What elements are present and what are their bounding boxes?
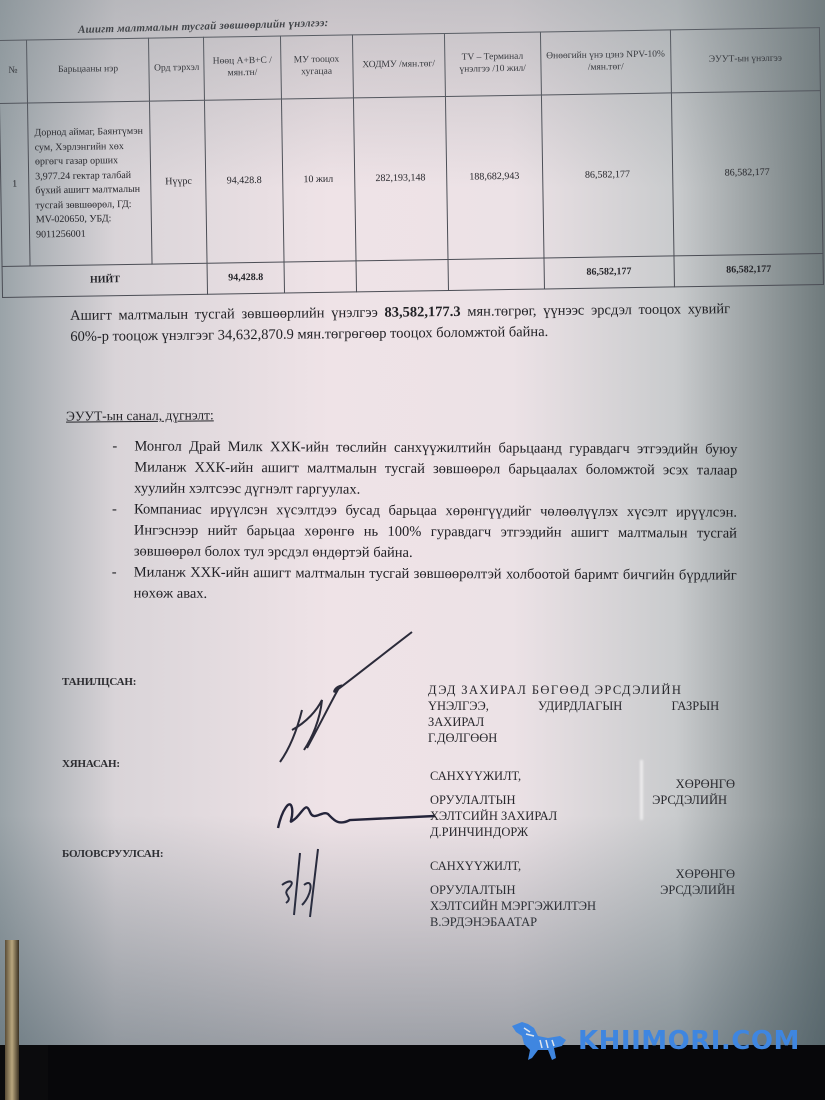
handwritten-signature-3	[270, 845, 340, 925]
signatory-2-line: ОРУУЛАЛТЫН	[430, 792, 516, 808]
signatory-1-line: ЗАХИРАЛ	[428, 714, 733, 730]
signatory-1-title: ДЭД ЗАХИРАЛ БӨГӨӨД ЭРСДЭЛИЙН ҮНЭЛГЭЭ, УД…	[428, 682, 733, 746]
header-collateral-name: Барьцааны нэр	[27, 38, 150, 103]
header-assessment: ЭУУТ-ын үнэлгээ	[670, 28, 820, 93]
signatory-2-line: ХӨРӨНГӨ	[676, 776, 735, 792]
cell-reserve: 94,428.8	[205, 99, 284, 263]
screen-glare	[640, 760, 643, 820]
cell-hodmu: 282,193,148	[353, 96, 448, 260]
section-heading: ЭУУТ-ын санал, дүгнэлт:	[66, 407, 214, 424]
header-number: №	[0, 40, 27, 103]
bullet-marker: -	[112, 436, 117, 457]
signatory-2-line: ЭРСДЭЛИЙН	[652, 792, 727, 808]
signatory-3-line: ХӨРӨНГӨ	[676, 866, 735, 882]
cell-period: 10 жил	[281, 98, 356, 262]
total-empty-1	[284, 261, 357, 293]
valuation-amount: 83,582,177.3	[384, 304, 460, 321]
cell-terminal-value: 188,682,943	[445, 95, 543, 259]
total-npv: 86,582,177	[544, 256, 675, 289]
signatory-2-name: Д.РИНЧИНДОРЖ	[430, 824, 735, 840]
signatory-2-line: САНХҮҮЖИЛТ,	[430, 768, 521, 792]
signature-label-checked: ХЯНАСАН:	[62, 758, 120, 770]
header-terminal-value: TV – Терминал үнэлгээ /10 жил/	[444, 32, 541, 96]
header-npv: Өнөөгийн үнэ цэнэ NPV-10% /мян.төг/	[540, 30, 671, 95]
total-empty-2	[356, 259, 449, 291]
handwritten-signature-2	[270, 790, 440, 835]
total-reserve: 94,428.8	[207, 262, 284, 294]
valuation-text-before: Ашигт малтмалын тусгай зөвшөөрлийн үнэлг…	[70, 305, 385, 324]
total-empty-3	[448, 258, 544, 291]
asset-valuation-table: № Барьцааны нэр Орд тэрхэл Нөөц A+B+C /м…	[0, 27, 824, 298]
table-caption: Ашигт малтмалын тусгай зөвшөөрлийн үнэлг…	[78, 17, 329, 36]
watermark-text: KHIIMORI.COM	[578, 1026, 800, 1056]
list-item: -Миланж ХХК-ийн ашигт малтмалын тусгай з…	[112, 562, 737, 607]
table-row: 1 Дорнод аймаг, Баянтүмэн сум, Хэрлэнгий…	[0, 91, 823, 267]
list-item: -Компаниас ирүүлсэн хүсэлтдээ бусад барь…	[112, 499, 737, 565]
total-label: НИЙТ	[2, 263, 208, 297]
signatory-3-line: ЭРСДЭЛИЙН	[660, 882, 735, 898]
signatory-3-line: ХЭЛТСИЙН МЭРГЭЖИЛТЭН	[430, 898, 735, 914]
bullet-marker: -	[112, 499, 117, 520]
cell-number: 1	[0, 103, 30, 266]
device-edge	[5, 940, 19, 1100]
bullet-marker: -	[112, 562, 117, 583]
header-period: МУ тооцох хугацаа	[280, 35, 353, 99]
watermark: KHIIMORI.COM	[508, 1018, 800, 1064]
total-assessment: 86,582,177	[674, 254, 823, 287]
header-hodmu: ХОДМУ /мян.төг/	[352, 33, 445, 97]
signatory-3-title: САНХҮҮЖИЛТ,ХӨРӨНГӨ ОРУУЛАЛТЫНЭРСДЭЛИЙН Х…	[430, 858, 735, 930]
signature-label-prepared: БОЛОВСРУУЛСАН:	[62, 848, 163, 860]
conclusion-list: -Монгол Драй Милк ХХК-ийн төслийн санхүү…	[112, 436, 738, 607]
cell-assessment: 86,582,177	[671, 91, 823, 256]
signatory-3-line: ОРУУЛАЛТЫН	[430, 882, 516, 898]
bullet-text: Компаниас ирүүлсэн хүсэлтдээ бусад барьц…	[134, 501, 737, 560]
signatory-2-line: ХЭЛТСИЙН ЗАХИРАЛ	[430, 808, 735, 824]
signatory-1-line: ДЭД ЗАХИРАЛ БӨГӨӨД ЭРСДЭЛИЙН	[428, 682, 733, 698]
header-reserve: Нөөц A+B+C /мян.тн/	[204, 36, 281, 100]
valuation-paragraph: Ашигт малтмалын тусгай зөвшөөрлийн үнэлг…	[70, 299, 730, 348]
cell-npv: 86,582,177	[541, 93, 674, 258]
cell-collateral-name: Дорнод аймаг, Баянтүмэн сум, Хэрлэнгийн …	[27, 101, 152, 266]
bullet-text: Миланж ХХК-ийн ашигт малтмалын тусгай зө…	[134, 564, 737, 601]
signatory-3-name: В.ЭРДЭНЭБААТАР	[430, 914, 735, 930]
document-paper: Ашигт малтмалын тусгай зөвшөөрлийн үнэлг…	[0, 0, 825, 1045]
cell-mineral: Нүүрс	[150, 100, 208, 264]
signatory-2-title: САНХҮҮЖИЛТ,ХӨРӨНГӨ ОРУУЛАЛТЫНЭРСДЭЛИЙН Х…	[430, 768, 735, 840]
signature-label-reviewed: ТАНИЛЦСАН:	[62, 676, 136, 688]
header-deposit-type: Орд тэрхэл	[149, 37, 205, 101]
list-item: -Монгол Драй Милк ХХК-ийн төслийн санхүү…	[112, 436, 737, 502]
handwritten-signature-1	[262, 630, 422, 770]
horse-icon	[508, 1018, 572, 1064]
signatory-3-line: САНХҮҮЖИЛТ,	[430, 858, 521, 882]
signatory-1-line: ҮНЭЛГЭЭ, УДИРДЛАГЫН ГАЗРЫН	[428, 698, 733, 714]
bullet-text: Монгол Драй Милк ХХК-ийн төслийн санхүүж…	[134, 438, 737, 497]
signatory-1-name: Г.ДӨЛГӨӨН	[428, 730, 733, 746]
